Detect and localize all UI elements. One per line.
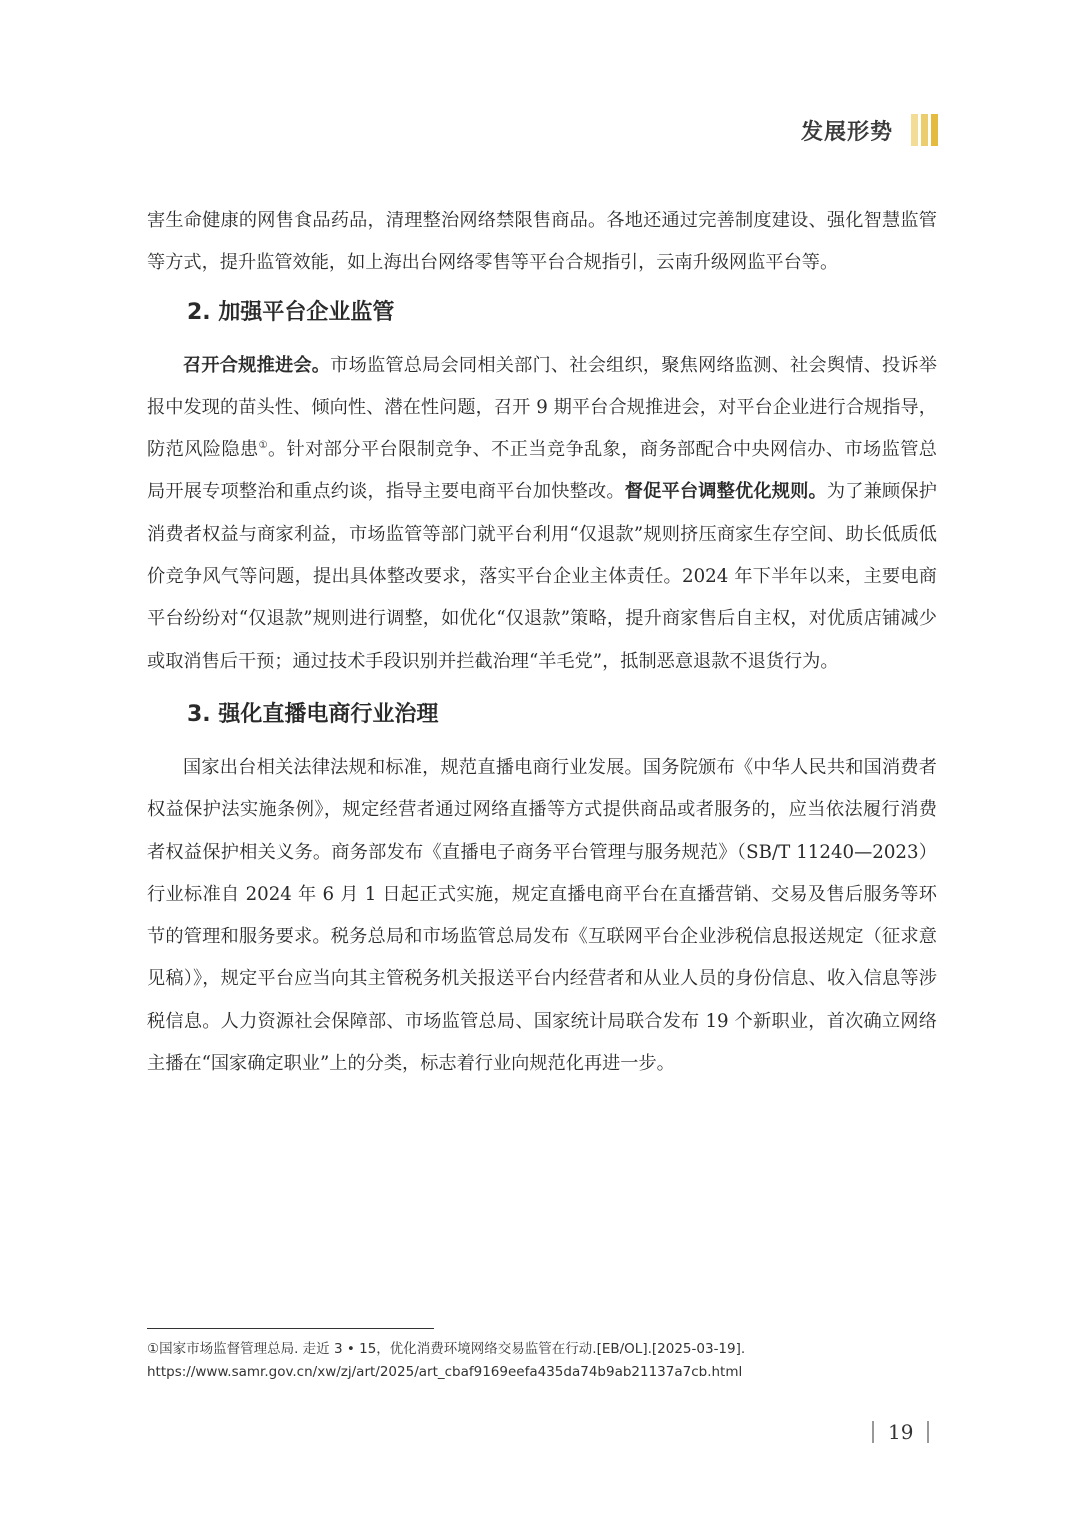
page-number: 19 <box>888 1420 913 1444</box>
page-body: 害生命健康的网售食品药品，清理整治网络禁限售商品。各地还通过完善制度建设、强化智… <box>147 200 937 1085</box>
bar-2 <box>921 114 928 146</box>
section-heading-2: 2. 加强平台企业监管 <box>147 285 937 345</box>
page-number-block: 19 <box>872 1420 929 1444</box>
lead-phrase: 督促平台调整优化规则。 <box>625 481 827 502</box>
divider-left <box>872 1421 874 1443</box>
chapter-title: 发展形势 <box>801 115 893 146</box>
section-heading-3: 3. 强化直播电商行业治理 <box>147 687 937 747</box>
decorative-bars-icon <box>911 114 938 146</box>
paragraph-text: 为了兼顾保护消费者权益与商家利益，市场监管等部门就平台利用“仅退款”规则挤压商家… <box>147 481 937 671</box>
section-2-paragraph: 召开合规推进会。市场监管总局会同相关部门、社会组织，聚焦网络监测、社会舆情、投诉… <box>147 345 937 683</box>
intro-paragraph: 害生命健康的网售食品药品，清理整治网络禁限售商品。各地还通过完善制度建设、强化智… <box>147 200 937 285</box>
bar-3 <box>931 114 938 146</box>
lead-phrase: 召开合规推进会。 <box>183 355 330 376</box>
section-3-paragraph: 国家出台相关法律法规和标准，规范直播电商行业发展。国务院颁布《中华人民共和国消费… <box>147 747 937 1085</box>
footnote-citation: ①国家市场监督管理总局. 走近 3 • 15，优化消费环境网络交易监管在行动.[… <box>147 1338 937 1361</box>
running-header: 发展形势 <box>801 114 938 146</box>
divider-right <box>927 1421 929 1443</box>
footnote: ①国家市场监督管理总局. 走近 3 • 15，优化消费环境网络交易监管在行动.[… <box>147 1338 937 1384</box>
footnote-ref-link[interactable]: ① <box>259 440 268 451</box>
footnote-divider <box>147 1328 434 1329</box>
footnote-url-link[interactable]: https://www.samr.gov.cn/xw/zj/art/2025/a… <box>147 1361 937 1384</box>
bar-1 <box>911 114 918 146</box>
